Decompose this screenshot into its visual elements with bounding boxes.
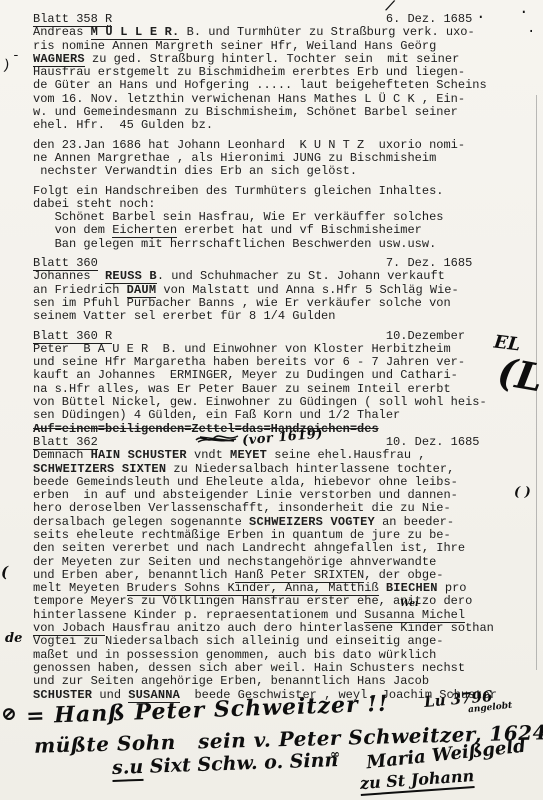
scanned-page: { "document": { "blocks": [ {"name":"ent… <box>0 0 543 800</box>
typed-line: Johannes REUSS B. und Schuhmacher zu St.… <box>33 270 497 283</box>
typed-segment: und seine Hfr Margaretha haben bereits v… <box>33 355 465 369</box>
entry-blatt-360r: Blatt 360 R 10.DezemberPeter B A U E R B… <box>33 330 497 436</box>
typed-segment: und Erben aber, benanntlich <box>33 568 235 582</box>
typed-segment: dabei steht noch: <box>33 197 155 211</box>
typed-line: ehel. Hfr. 45 Gulden bz. <box>33 119 497 132</box>
typed-segment: ne Annen Margrethae , als Hieronimi JUNG… <box>33 151 436 165</box>
marriage-symbol: ∞ <box>330 747 340 761</box>
typed-line: von dem Eicherten ererbet hat und vf Bis… <box>33 224 497 237</box>
stray-dash-mark: - <box>12 48 20 63</box>
typed-segment: hinterlassene Kinder p. repraesentatione… <box>33 608 364 622</box>
typed-line: Blatt 360 R 10.Dezember <box>33 330 497 343</box>
see-below-abbr: s.u <box>112 756 144 782</box>
typed-segment: vndt <box>187 448 230 462</box>
typed-line: nechster Verwandtin dies Erb an sich gel… <box>33 165 497 178</box>
typed-line: dersalbach gelegen sogenannte SCHWEIZERS… <box>33 516 497 529</box>
typed-document: Blatt 358 R 6. Dez. 1685Andreas M Ü L L … <box>33 13 497 702</box>
typed-segment: der Meyeten zur Seiten und nechstangehör… <box>33 555 436 569</box>
typed-segment: Peter B A U E R B. und Einwohner von Klo… <box>33 342 451 356</box>
typed-line: melt Meyeten Bruders Sohns Kinder, Anna,… <box>33 582 497 595</box>
typed-segment: den 23.Jan 1686 hat Johann Leonhard K U … <box>33 138 465 152</box>
typed-line: Ban gelegen mit herrschaftlichen Beschwe… <box>33 238 497 251</box>
typed-segment <box>112 12 386 26</box>
typed-segment: erben in auf und absteigender Linie vers… <box>33 488 458 502</box>
typed-line: hero deroselben Verlassenschafft, insond… <box>33 502 497 515</box>
typed-line: Andreas M Ü L L E R. B. und Turmhüter zu… <box>33 26 497 39</box>
stray-dot-mark: · <box>476 8 486 26</box>
typed-segment: sen im Pfuhl Purbacher Banns , wie Er ve… <box>33 296 451 310</box>
typed-segment: sen Düdingen) 4 Gülden, ein Faß Korn und… <box>33 408 400 422</box>
typed-segment: seine ehel.Hausfrau , <box>267 448 425 462</box>
typed-segment: B. und Turmhüter zu Straßburg verk. uxo- <box>179 25 474 39</box>
typed-line: und seine Hfr Margaretha haben bereits v… <box>33 356 497 369</box>
typed-segment: Vogtei zu Niedersalbach sich alleinig un… <box>33 634 443 648</box>
typed-segment: 10.Dezember <box>386 329 465 343</box>
typed-line: na s.Hfr alles, was Er Peter Bauer zu se… <box>33 383 497 396</box>
typed-line: genossen haben, dessen sich aber weil. H… <box>33 662 497 675</box>
typed-segment: von dem <box>33 223 112 237</box>
circled-mark: ⊘ <box>1 703 17 725</box>
typed-segment: SCHUSTER <box>33 688 92 702</box>
margin-bracket-mark: (L <box>494 348 543 400</box>
typed-line: kauft an Johannes ERMINGER, Meyer zu Dud… <box>33 369 497 382</box>
typed-segment: vom 16. Nov. letzthin verwichenan Hans M… <box>33 92 465 106</box>
entry-1686-kuntz: den 23.Jan 1686 hat Johann Leonhard K U … <box>33 139 497 179</box>
typed-line: ris nomine Annen Margreth seiner Hfr, We… <box>33 40 497 53</box>
entry-blatt-362: Blatt 362 10. Dez. 1685Demnach HAIN SCHU… <box>33 436 497 702</box>
typed-segment: 6. Dez. 1685 <box>386 12 472 26</box>
typed-segment: ris nomine Annen Margreth seiner Hfr, We… <box>33 39 436 53</box>
typed-line: Schönet Barbel sein Hasfrau, Wie Er verk… <box>33 211 497 224</box>
typed-segment: . und Schuhmacher zu St. Johann verkauft <box>157 269 445 283</box>
typed-segment: BIECHEN <box>386 581 438 595</box>
typed-line: sen Düdingen) 4 Gülden, ein Faß Korn und… <box>33 409 497 422</box>
typed-line: de Güter an Hans und Hofgering ..... lau… <box>33 79 497 92</box>
typed-segment: Ban gelegen mit herrschaftlichen Beschwe… <box>33 237 436 251</box>
typed-segment: w. und Gemeindesmann zu Bischmisheim, Sc… <box>33 105 458 119</box>
typed-line: der Meyeten zur Seiten und nechstangehör… <box>33 556 497 569</box>
typed-line: an Friedrich DAUM von Malstatt und Anna … <box>33 284 497 297</box>
typed-line: seits eheleute rechtmäßige Erben in quan… <box>33 529 497 542</box>
typed-line: den seiten vererbet und nach Landrecht a… <box>33 542 497 555</box>
typed-segment: MEYET <box>230 448 267 462</box>
margin-note-de: de <box>5 631 22 646</box>
typed-line: dabei steht noch: <box>33 198 497 211</box>
typed-segment: und zur Seiten angehörige Erben, benannt… <box>33 674 429 688</box>
typed-line: erben in auf und absteigender Linie vers… <box>33 489 497 502</box>
typed-line: Demnach HAIN SCHUSTER vndt MEYET seine e… <box>33 449 497 462</box>
typed-segment: ehel. Hfr. 45 Gulden bz. <box>33 118 213 132</box>
typed-segment: SCHWEITZERS SIXTEN <box>33 462 166 476</box>
typed-segment: Schönet Barbel sein Hasfrau, Wie Er verk… <box>33 210 443 224</box>
typed-segment <box>112 329 386 343</box>
typed-segment: dersalbach gelegen sogenannte <box>33 515 249 529</box>
typed-segment: von Büttel Nickel, gew. Einwohner zu Güd… <box>33 395 487 409</box>
typed-segment <box>379 581 386 595</box>
typed-line: und zur Seiten angehörige Erben, benannt… <box>33 675 497 688</box>
typed-line: Folgt ein Handschreiben des Turmhüters g… <box>33 185 497 198</box>
typed-segment: seinem Vatter sel ererbet für 8 1/4 Guld… <box>33 309 335 323</box>
typed-segment: Johannes <box>33 269 105 283</box>
typed-segment: an beeder- <box>375 515 454 529</box>
stray-dot-mark: · <box>527 24 535 40</box>
typed-segment: Hausfrau anitzo auch dero hinterlassene … <box>105 621 494 635</box>
typed-line: ne Annen Margrethae , als Hieronimi JUNG… <box>33 152 497 165</box>
typed-line: WAGNERS zu ged. Straßburg hinterl. Tocht… <box>33 53 497 66</box>
typed-line: beede Gemeindsleuth und Eheleute alda, h… <box>33 476 497 489</box>
entry-blatt-360: Blatt 360 7. Dez. 1685Johannes REUSS B. … <box>33 257 497 323</box>
typed-line: von Büttel Nickel, gew. Einwohner zu Güd… <box>33 396 497 409</box>
typed-line: w. und Gemeindesmann zu Bischmisheim, Sc… <box>33 106 497 119</box>
typed-segment: , der obge- <box>364 568 443 582</box>
note-handschreiben: Folgt ein Handschreiben des Turmhüters g… <box>33 185 497 251</box>
typed-segment: Andreas <box>33 25 91 39</box>
typed-segment: na s.Hfr alles, was Er Peter Bauer zu se… <box>33 382 451 396</box>
typed-line: von Jobach Hausfrau anitzo auch dero hin… <box>33 622 497 635</box>
typed-segment: von Malstatt und Anna s.Hfr 5 Schläg Wie… <box>156 283 458 297</box>
typed-segment: an Friedrich <box>33 283 127 297</box>
typed-segment: maßet und in possession genommen, auch b… <box>33 648 436 662</box>
typed-segment: 10. Dez. 1685 <box>386 435 480 449</box>
typed-line: sen im Pfuhl Purbacher Banns , wie Er ve… <box>33 297 497 310</box>
typed-segment: den seiten vererbet und nach Landrecht a… <box>33 541 465 555</box>
insert-note-wei: Wei <box>400 599 419 609</box>
typed-segment: melt Meyeten <box>33 581 127 595</box>
typed-segment: de Güter an Hans und Hofgering ..... lau… <box>33 78 487 92</box>
stray-paren-mark: ) <box>1 57 12 74</box>
typed-line: maßet und in possession genommen, auch b… <box>33 649 497 662</box>
typed-line: tempore Meyers zu Völklingen Hansfrau er… <box>33 595 497 608</box>
scratched-word-scribble <box>194 432 240 446</box>
typed-line: SCHWEITZERS SIXTEN zu Niedersalbach hint… <box>33 463 497 476</box>
typed-segment: 7. Dez. 1685 <box>386 256 472 270</box>
typed-segment: ererbet hat und vf Bischmisheimer <box>177 223 422 237</box>
typed-segment: beede Gemeindsleuth und Eheleute alda, h… <box>33 475 458 489</box>
typed-segment: zu Niedersalbach hinterlassene tochter, <box>166 462 454 476</box>
typed-line: seinem Vatter sel ererbet für 8 1/4 Guld… <box>33 310 497 323</box>
typed-segment: nechster Verwandtin dies Erb an sich gel… <box>33 164 357 178</box>
typed-line: hinterlassene Kinder p. repraesentatione… <box>33 609 497 622</box>
typed-segment: Hausfrau erstgemelt zu Bischmidheim erer… <box>33 65 465 79</box>
side-paren-mark: ( ) <box>514 485 531 500</box>
typed-line: Vogtei zu Niedersalbach sich alleinig un… <box>33 635 497 648</box>
typed-line: Hausfrau erstgemelt zu Bischmidheim erer… <box>33 66 497 79</box>
stray-dot-mark: · <box>519 3 529 21</box>
typed-segment: HAIN SCHUSTER <box>91 448 187 462</box>
typed-segment: Folgt ein Handschreiben des Turmhüters g… <box>33 184 443 198</box>
typed-line: vom 16. Nov. letzthin verwichenan Hans M… <box>33 93 497 106</box>
typed-segment <box>98 256 386 270</box>
typed-line: Peter B A U E R B. und Einwohner von Klo… <box>33 343 497 356</box>
typed-line: Blatt 360 7. Dez. 1685 <box>33 257 497 270</box>
typed-segment: SCHWEIZERS VOGTEY <box>249 515 375 529</box>
typed-segment: seits eheleute rechtmäßige Erben in quan… <box>33 528 451 542</box>
typed-segment: zu ged. Straßburg hinterl. Tochter sein … <box>85 52 459 66</box>
typed-segment: Demnach <box>33 448 91 462</box>
typed-segment: pro <box>438 581 467 595</box>
margin-paren-mark: ( <box>1 563 8 581</box>
typed-segment: hero deroselben Verlassenschafft, insond… <box>33 501 451 515</box>
typed-line: und Erben aber, benanntlich Hanß Peter S… <box>33 569 497 582</box>
typed-segment: genossen haben, dessen sich aber weil. H… <box>33 661 465 675</box>
typed-line: den 23.Jan 1686 hat Johann Leonhard K U … <box>33 139 497 152</box>
typed-segment: kauft an Johannes ERMINGER, Meyer zu Dud… <box>33 368 458 382</box>
entry-blatt-358r: Blatt 358 R 6. Dez. 1685Andreas M Ü L L … <box>33 13 497 133</box>
